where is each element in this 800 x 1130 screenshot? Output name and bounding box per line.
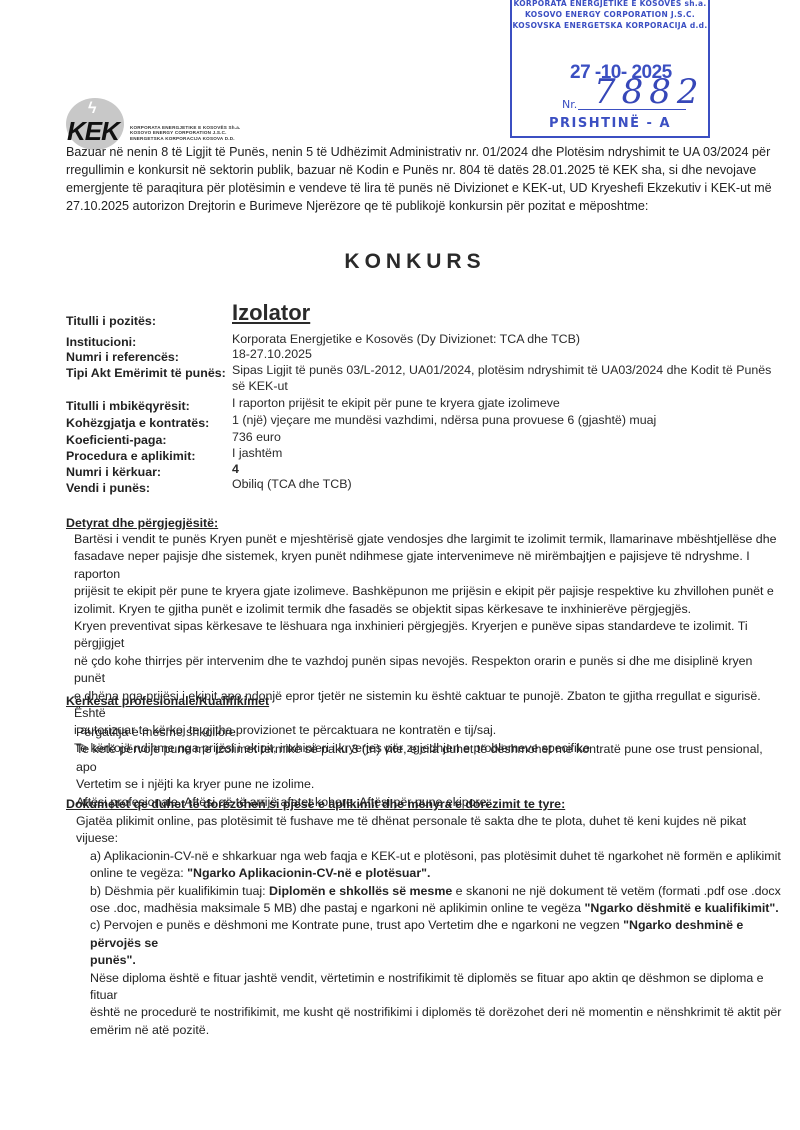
requirements-line: Te ketë përvoje pune me izolimet termike… [76,741,786,776]
field-label: Kohëzgjatja e kontratës: [66,416,226,431]
documents-heading: Dokumetet qe duhet te dorëzohen si pjesë… [66,797,565,811]
field-label: Titulli i mbikëqyrësit: [66,399,226,414]
documents-note-line: është ne procedurë te nostrifikimit, me … [76,1004,786,1021]
field-label: Numri i referencës: [66,350,226,365]
document-title: KONKURS [0,250,800,274]
field-value: Korporata Energjetike e Kosovës (Dy Divi… [232,332,777,347]
field-value: 18-27.10.2025 [232,347,777,362]
documents-note-line: emërim në atë pozitë. [76,1022,786,1039]
requirements-heading: Kërkesat profesionale/Kualifikimet [66,694,269,708]
duties-heading: Detyrat dhe përgjegjësitë: [66,516,218,530]
field-value: 1 (një) vjeçare me mundësi vazhdimi, ndë… [232,413,777,428]
documents-intro: Gjatëa plikimit online, pas plotësimit t… [76,813,786,830]
field-value: Sipas Ligjit të punës 03/L-2012, UA01/20… [232,362,777,394]
logo-name-3: ENERGETSKA KORPORACIJA KOSOVA D.D. [130,136,240,141]
documents-item-a: a) Aplikacionin-CV-në e shkarkuar nga we… [76,848,786,865]
stamp-line-3: KOSOVSKA ENERGETSKA KORPORACIJA d.d. [512,20,708,31]
stamp-number: 7882 [594,72,705,112]
stamp-nr-line [578,109,686,110]
upload-field-name: punës". [90,953,136,967]
duties-line: në çdo kohe thirrjes për intervenim dhe … [74,653,784,688]
requirements-line: Përgatitja e mesme shkollore. [76,724,786,741]
stamp-line-2: KOSOVO ENERGY CORPORATION J.S.C. [512,9,708,20]
item-text: c) Pervojen e punës e dëshmoni me Kontra… [90,918,623,932]
field-label: Institucioni: [66,335,226,350]
stamp-city: PRISHTINË - A [512,116,708,131]
position-title: Izolator [232,300,310,326]
documents-item-c: c) Pervojen e punës e dëshmoni me Kontra… [76,917,786,952]
duties-line: Bartësi i vendit te punës Kryen punët e … [74,531,784,548]
documents-text: Gjatëa plikimit online, pas plotësimit t… [76,813,786,1039]
documents-item-c-cont: punës". [76,952,786,969]
item-text: b) Dëshmia për kualifikimin tuaj: [90,884,269,898]
item-text: online te vegëza: [90,866,187,880]
upload-field-name: "Ngarko dëshmitë e kualifikimit". [585,901,779,915]
duties-line: fasadave neper pajisje dhe sistemek, kry… [74,548,784,583]
field-label: Tipi Akt Emërimit të punës: [66,366,226,381]
document-page: KORPORATA ENERGJETIKE E KOSOVËS sh.a. KO… [0,0,800,1130]
field-label: Vendi i punës: [66,481,226,496]
logo-company-names: KORPORATA ENERGJETIKE E KOSOVËS Sh.a. KO… [130,125,240,141]
documents-intro-2: vijuese: [76,830,786,847]
field-value: 736 euro [232,430,777,445]
intro-paragraph: Bazuar në nenin 8 të Ligjit të Punës, ne… [66,143,781,215]
documents-note-line: Nëse diploma është e fituar jashtë vendi… [76,970,786,1005]
duties-line: izolimit. Kryen te gjitha punët e izolim… [74,601,784,618]
upload-field-name: "Ngarko Aplikacionin-CV-në e plotësuar". [187,866,430,880]
field-label: Procedura e aplikimit: [66,449,226,464]
item-bold: Diplomën e shkollës së mesme [269,884,452,898]
duties-line: prijësit te ekipit për pune te kryera gj… [74,583,784,600]
item-text: e skanoni ne një dokument të vetëm (form… [452,884,781,898]
registry-stamp: KORPORATA ENERGJETIKE E KOSOVËS sh.a. KO… [510,0,710,138]
field-label: Numri i kërkuar: [66,465,226,480]
documents-item-b: b) Dëshmia për kualifikimin tuaj: Diplom… [76,883,786,900]
field-value: I raporton prijësit te ekipit për pune t… [232,396,777,411]
stamp-line-1: KORPORATA ENERGJETIKE E KOSOVËS sh.a. [512,0,708,9]
field-value: I jashtëm [232,446,777,461]
field-label: Titulli i pozitës: [66,314,226,329]
stamp-nr-label: Nr. [562,98,577,111]
field-value: 4 [232,462,777,477]
requirements-line: Vertetim se i njëjti ka kryer pune ne iz… [76,776,786,793]
field-value: Obiliq (TCA dhe TCB) [232,477,777,492]
documents-item-a-cont: online te vegëza: "Ngarko Aplikacionin-C… [76,865,786,882]
duties-line: Kryen preventivat sipas kërkesave te lës… [74,618,784,653]
item-text: ose .doc, madhësia maksimale 5 MB) dhe p… [90,901,585,915]
documents-item-b-cont: ose .doc, madhësia maksimale 5 MB) dhe p… [76,900,786,917]
field-label: Koeficienti-paga: [66,433,226,448]
